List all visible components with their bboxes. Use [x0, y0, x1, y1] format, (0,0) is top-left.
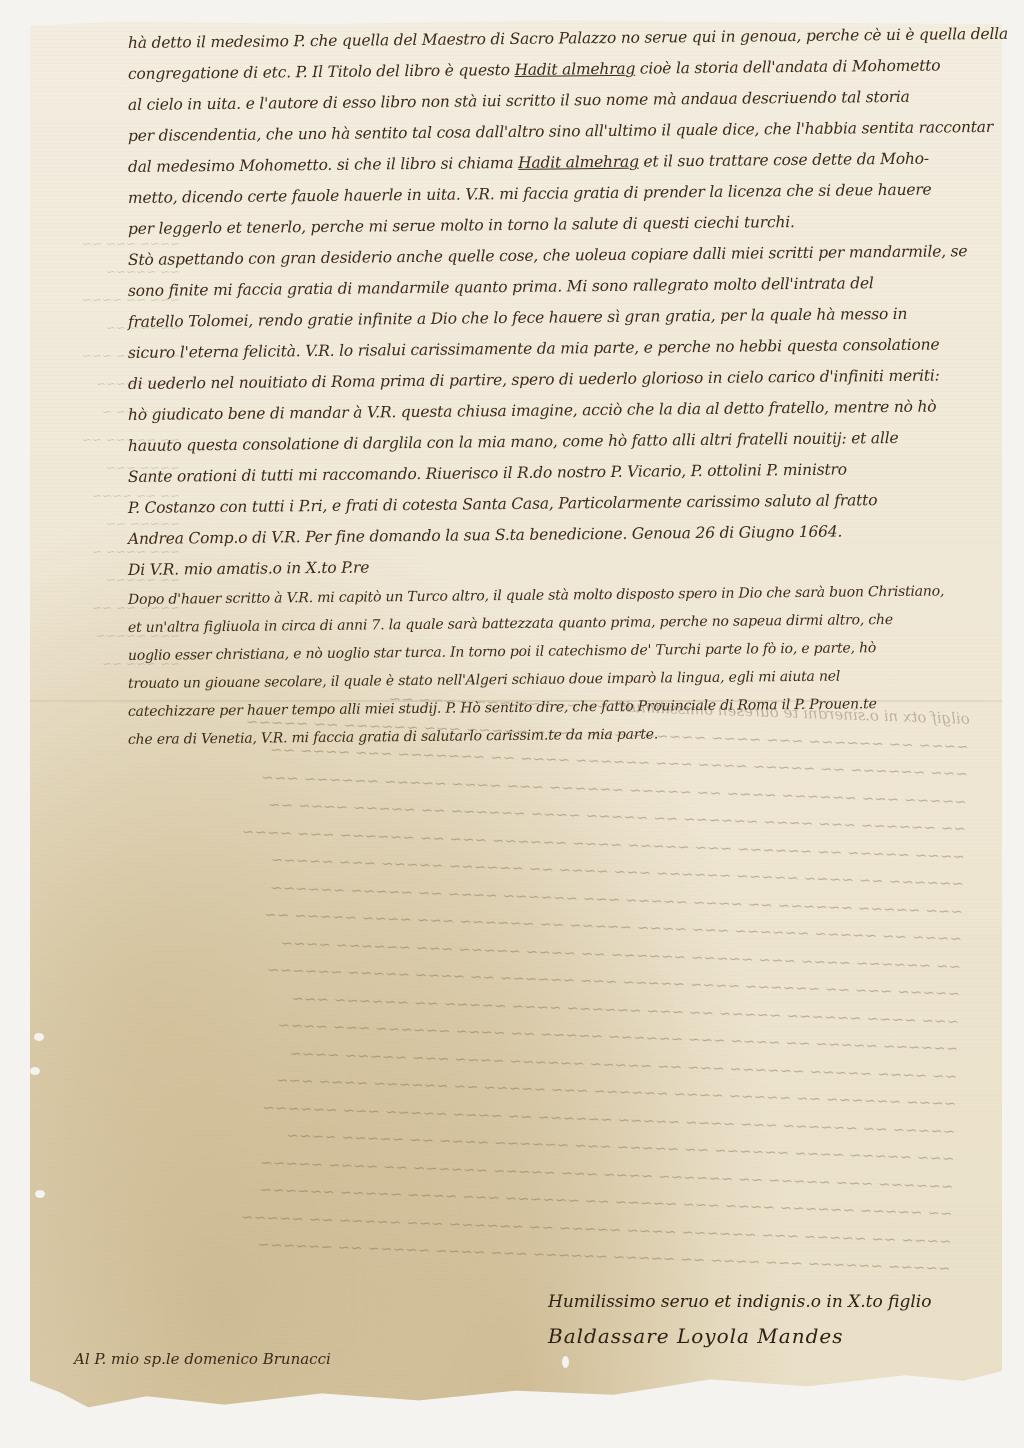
letter-line-part: cioè la storia dell'andata di Mohometto [635, 56, 940, 77]
letter-line-part: congregatione di etc. P. Il Titolo del l… [128, 61, 515, 83]
paper-damage-hole [35, 1190, 45, 1198]
signature-closing: Humilissimo seruo et indignis.o in X.to … [548, 1285, 931, 1319]
paper-damage-hole [34, 1033, 44, 1041]
letter-line-part: dal medesimo Mohometto. si che il libro … [128, 154, 518, 176]
letter-line-part: et il suo trattare cose dette da Moho- [639, 150, 929, 171]
book-title-underlined: Hadit almehrag [518, 153, 639, 172]
letter-body: hà detto il medesimo P. che quella del M… [128, 28, 988, 754]
paper-damage-hole [30, 1067, 40, 1075]
addressee: Al P. mio sp.le domenico Brunacci [74, 1350, 331, 1368]
book-title-underlined: Hadit almehrag [514, 60, 635, 79]
signature-name: Baldassare Loyola Mandes [548, 1319, 931, 1353]
paper-damage-hole [562, 1356, 569, 1368]
signature-block: Humilissimo seruo et indignis.o in X.to … [548, 1285, 931, 1353]
bleed-through-reverse-text: oilgif otx ni o.sinerdni te ouresen omis… [50, 674, 970, 1305]
